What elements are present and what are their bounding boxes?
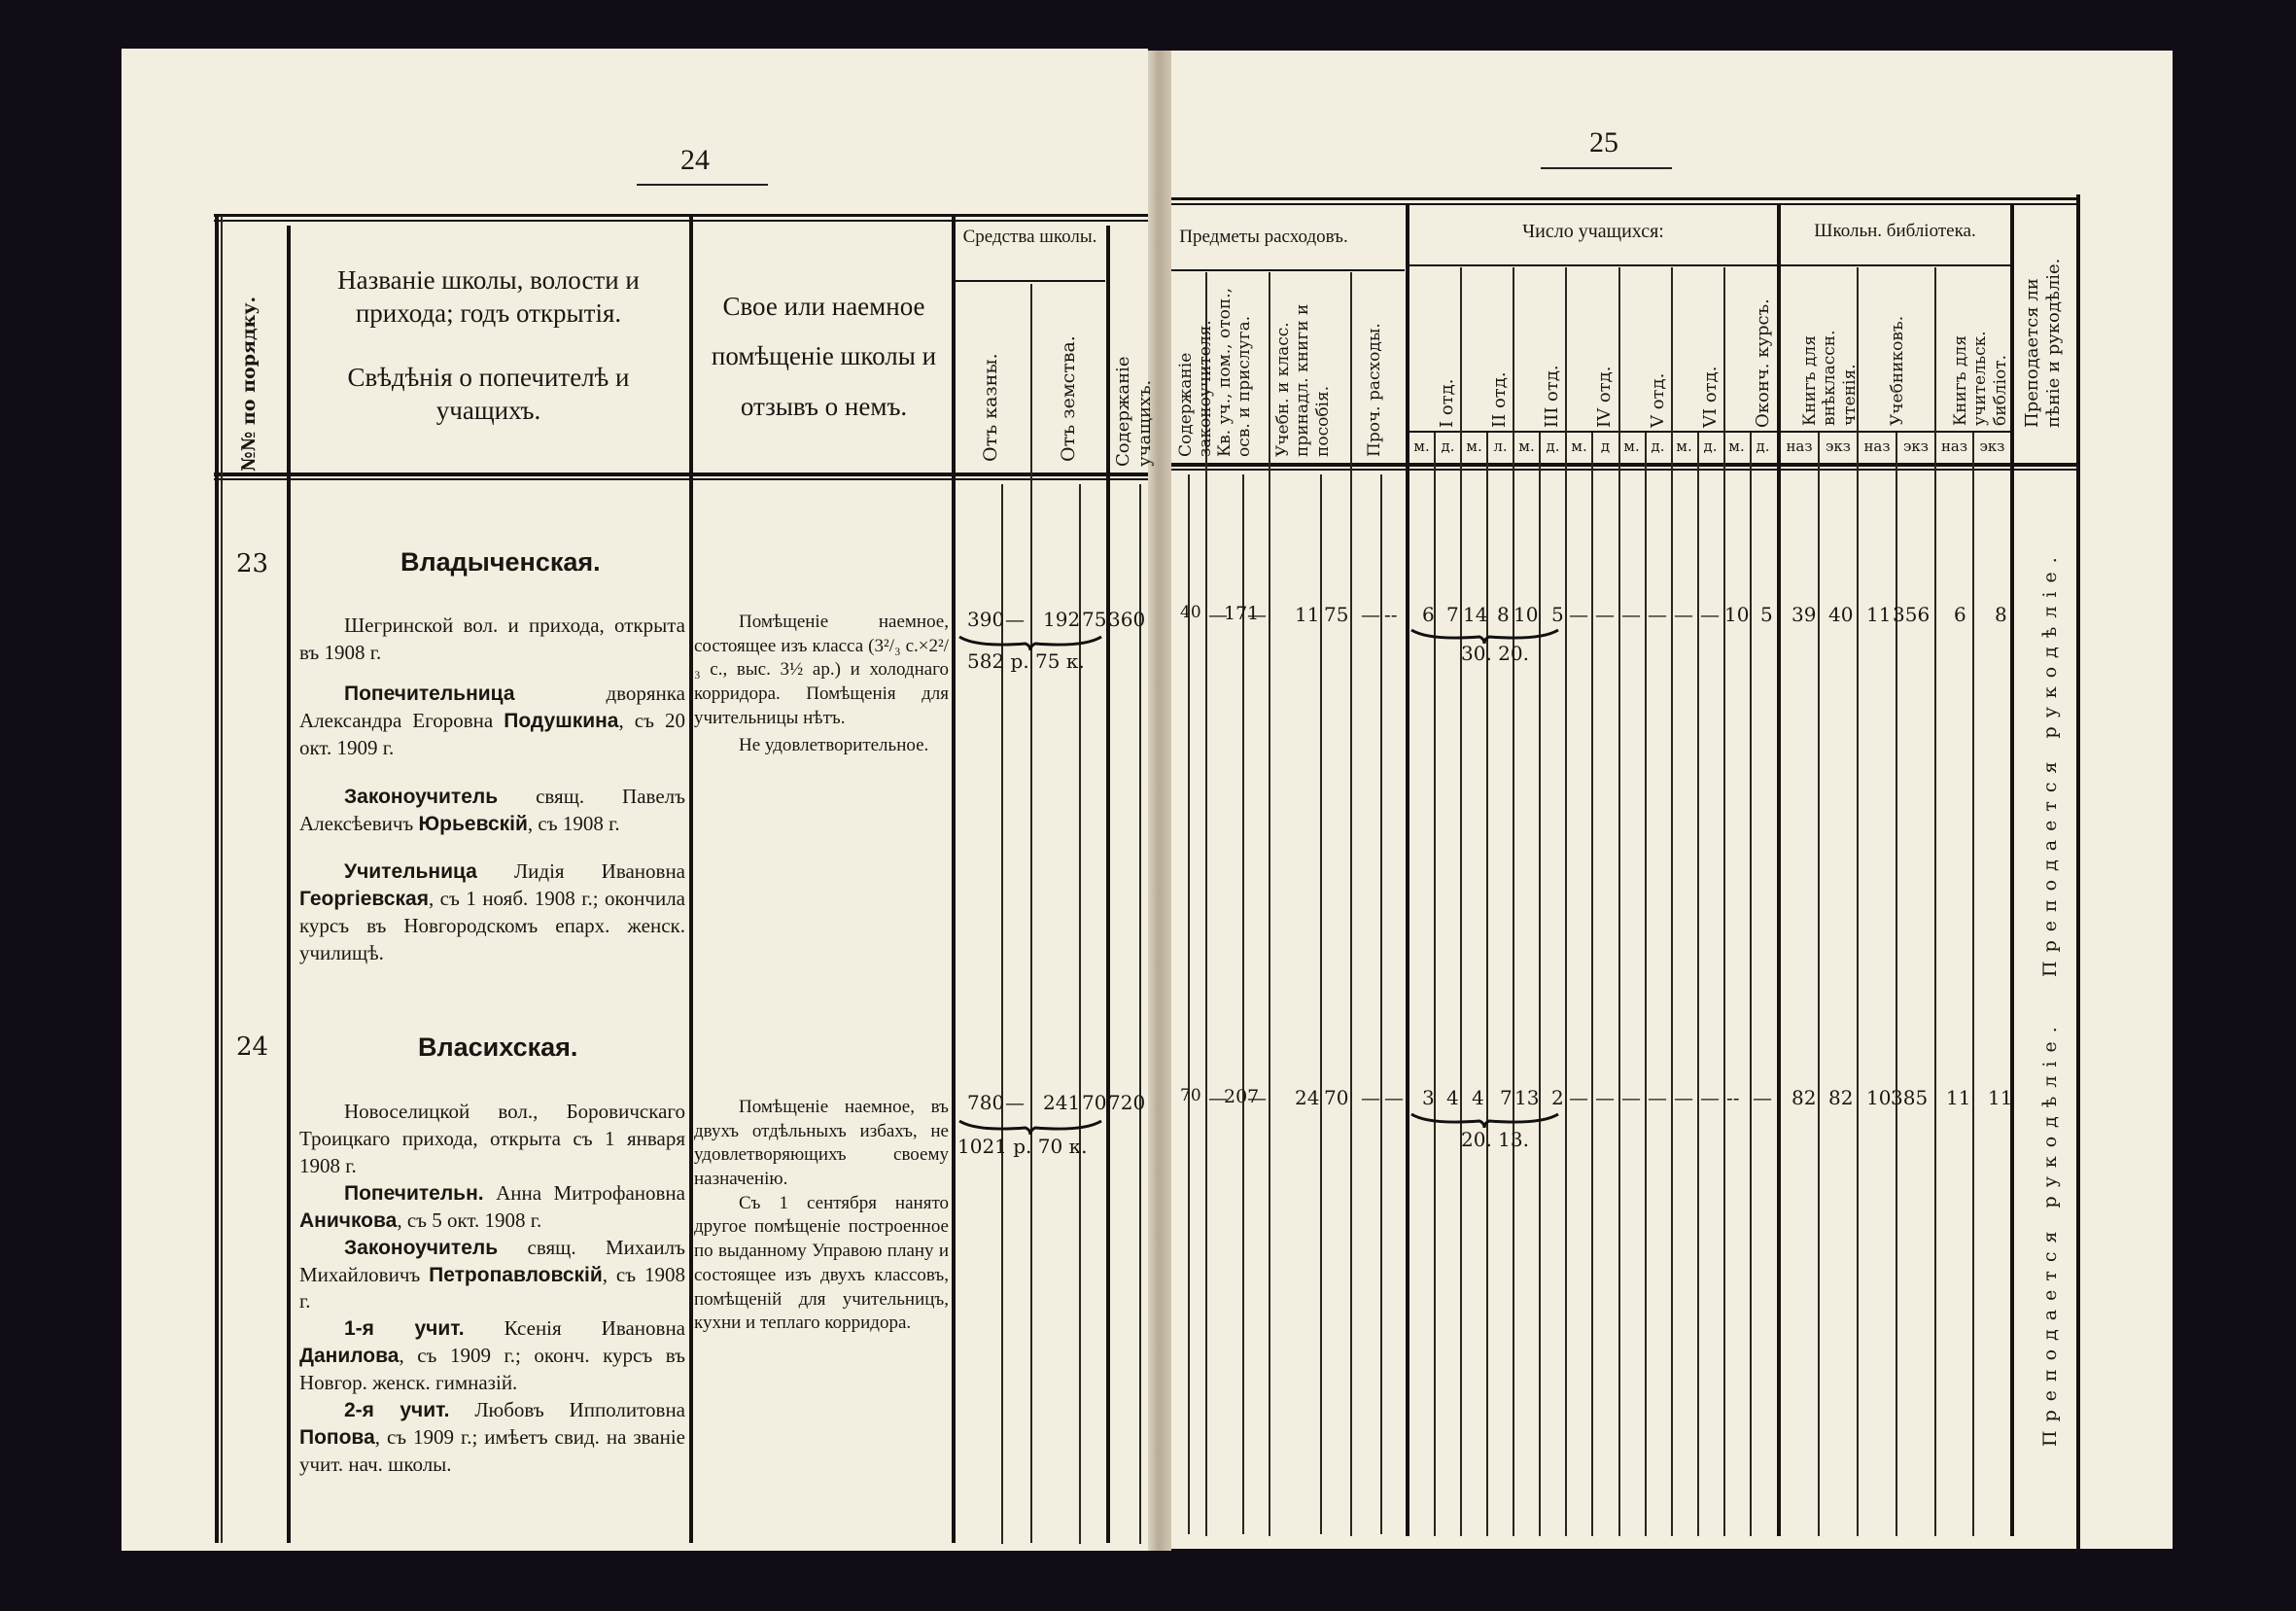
right-header-bottom-rule-2 <box>1171 469 2078 471</box>
student-col-divider <box>1750 433 1752 1536</box>
funds-treasury: 780 <box>967 1091 1004 1114</box>
gender-label: м. <box>1513 438 1540 455</box>
gender-label: м. <box>1671 438 1697 455</box>
student-col-divider <box>1618 267 1620 1536</box>
header-grade-1: I отд. <box>1437 379 1458 428</box>
header-funds-zemstvo: Отъ земства. <box>1058 335 1080 462</box>
col-divider-treasury <box>1030 284 1032 1543</box>
students-value: 10 <box>1513 603 1538 626</box>
students-value: — <box>1674 1086 1693 1109</box>
header-graduated: Оконч. курсъ. <box>1753 298 1774 428</box>
header-grade-5: V отд. <box>1648 373 1669 428</box>
gender-label: м. <box>1409 438 1435 455</box>
exp-apartments-kop: — <box>1247 603 1267 626</box>
student-col-divider <box>1671 267 1673 1536</box>
entry-number: 23 <box>236 549 268 578</box>
funds-total: 582 р. 75 к. <box>967 649 1085 673</box>
funds-sub-rule <box>955 280 1105 282</box>
lib-sub-label: экз <box>1896 438 1935 455</box>
lib-sub-label: экз <box>1819 438 1858 455</box>
gender-label: л. <box>1487 438 1513 455</box>
header-singing: Преподается ли пѣніе и рукодѣліе. <box>2022 233 2064 428</box>
header-lib-extra-reading: Книгъ для внѣклассн. чтенія. <box>1800 270 1860 426</box>
col-divider-expenses <box>1406 204 1409 1536</box>
library-value: 385 <box>1891 1086 1928 1109</box>
students-value: — <box>1753 1086 1772 1109</box>
header-exp-other: Проч. расходы. <box>1365 323 1384 457</box>
col-divider-apt <box>1269 272 1270 1536</box>
students-value: 7 <box>1500 1086 1513 1109</box>
gender-label: м. <box>1618 438 1645 455</box>
col-divider-books-kop <box>1320 474 1322 1534</box>
header-trustee-info: Свѣдѣнія о попечителѣ и учащихъ. <box>296 362 680 428</box>
premises-info: Помѣщеніе наемное, въ двухъ отдѣльныхъ и… <box>694 1096 949 1336</box>
trustee-info: Попечительн. Анна Митрофановна Аничкова,… <box>299 1180 685 1235</box>
library-value: 356 <box>1893 603 1930 626</box>
col-divider-apt-kop <box>1242 474 1244 1534</box>
header-lib-teacher: Книгъ для учительск. библіот. <box>1951 265 2010 426</box>
students-total: 20. 13. <box>1461 1128 1529 1151</box>
header-exp-books: Учебн. и класс. принадл. книги и пособія… <box>1273 287 1333 457</box>
lib-sub-label: наз <box>1780 438 1819 455</box>
students-total: 30. 20. <box>1461 642 1529 665</box>
students-value: — <box>1621 1086 1641 1109</box>
col-divider-law-kop <box>1188 474 1190 1534</box>
students-value: — <box>1648 603 1667 626</box>
library-value: 40 <box>1828 603 1853 626</box>
right-header-bottom-rule <box>1171 463 2078 467</box>
students-value: 5 <box>1551 603 1564 626</box>
gender-label: м. <box>1566 438 1592 455</box>
library-value: 11 <box>1988 1086 2012 1109</box>
exp-books: 24 <box>1295 1086 1319 1109</box>
header-grade-3: III отд. <box>1542 365 1563 428</box>
student-col-divider <box>1434 433 1436 1536</box>
col-divider-library <box>2010 204 2014 1536</box>
trustee-info: Попечительница дворянка Александра Егоро… <box>299 681 685 762</box>
right-table-outer-border <box>2076 194 2080 1551</box>
exp-apartments-kop: — <box>1247 1086 1267 1109</box>
students-value: — <box>1595 603 1615 626</box>
exp-other: — <box>1361 1086 1380 1109</box>
students-value: — <box>1621 603 1641 626</box>
school-name: Владыченская. <box>400 547 601 578</box>
students-value: — <box>1569 1086 1588 1109</box>
students-value: — <box>1674 603 1693 626</box>
student-col-divider <box>1697 433 1699 1536</box>
library-col-divider <box>1857 267 1859 1536</box>
funds-total: 1021 р. 70 к. <box>957 1135 1087 1158</box>
lib-sub-label: наз <box>1935 438 1973 455</box>
exp-books: 11 <box>1295 603 1319 626</box>
library-value: 39 <box>1792 603 1816 626</box>
header-funds: Средства школы. <box>955 226 1105 250</box>
left-table-outer-border <box>215 216 219 1543</box>
law-teacher-info: Законоучитель свящ. Павелъ Алексѣевичъ Ю… <box>299 784 685 838</box>
right-table-top-rule <box>1171 197 2078 200</box>
header-exp-apartments: Кв. уч., пом., отоп., осв. и прислуга. <box>1215 272 1255 457</box>
teacher-info: Учительница Лидія Ивановна Георгіевская,… <box>299 858 685 967</box>
students-value: 5 <box>1760 603 1773 626</box>
left-table-outer-border-2 <box>221 216 223 1543</box>
entry-details: Новоселицкой вол., Боровичскаго Троицкаг… <box>299 1099 685 1479</box>
law-teacher-info: Законоучитель свящ. Михаилъ Михайловичъ … <box>299 1235 685 1316</box>
students-value: -- <box>1726 1086 1740 1109</box>
col-divider-other-kop <box>1380 474 1382 1534</box>
header-grade-6: VI отд. <box>1700 367 1722 428</box>
header-students: Число учащихся: <box>1409 220 1778 244</box>
parish-info: Шегринской вол. и прихода, открыта въ 19… <box>299 613 685 667</box>
singing-note: Преподается рукодѣліе. <box>2039 548 2062 977</box>
header-lib-textbooks: Учебниковъ. <box>1888 316 1907 426</box>
students-value: 6 <box>1422 603 1435 626</box>
right-page-number-rule <box>1541 167 1672 169</box>
students-value: 3 <box>1422 1086 1435 1109</box>
students-value: 4 <box>1446 1086 1459 1109</box>
student-col-divider <box>1723 267 1725 1536</box>
students-gender-rule <box>1409 431 1778 433</box>
student-col-divider <box>1460 267 1462 1536</box>
left-page-number: 24 <box>661 144 729 177</box>
funds-zemstvo-kop: 70 <box>1082 1091 1106 1114</box>
student-col-divider <box>1591 433 1593 1536</box>
header-grade-4: IV отд. <box>1594 367 1616 428</box>
students-sub-rule <box>1409 264 1778 266</box>
gender-label: д. <box>1435 438 1461 455</box>
gender-label: м. <box>1723 438 1750 455</box>
col-divider-teachers-kop <box>1139 484 1141 1544</box>
header-funds-treasury: Отъ казны. <box>980 353 1002 462</box>
exp-books-kop: 70 <box>1324 1086 1348 1109</box>
expenses-sub-rule <box>1171 269 1405 271</box>
students-value: — <box>1700 1086 1720 1109</box>
library-value: 82 <box>1792 1086 1816 1109</box>
book-spine <box>1148 51 1171 1551</box>
lib-sub-label: экз <box>1973 438 2011 455</box>
col-divider-law <box>1205 272 1207 1536</box>
students-value: 10 <box>1724 603 1749 626</box>
funds-treasury: 390 <box>967 608 1004 631</box>
gender-label: д. <box>1697 438 1723 455</box>
left-table-top-rule <box>214 214 1148 217</box>
exp-teachers: 360 <box>1108 608 1145 631</box>
left-header-bottom-rule <box>214 473 1148 476</box>
students-brace <box>1409 1111 1560 1129</box>
header-exp-teachers: Содержаніе учащихъ. <box>1113 301 1155 467</box>
header-school-name: Названіе школы, волости и прихода; годъ … <box>296 264 680 331</box>
student-col-divider <box>1486 433 1488 1536</box>
students-value: 14 <box>1463 603 1487 626</box>
entry-number: 24 <box>236 1033 268 1062</box>
funds-zemstvo-kop: 75 <box>1082 608 1106 631</box>
left-page-number-rule <box>637 184 768 186</box>
left-table-top-rule-2 <box>214 220 1148 222</box>
student-col-divider <box>1513 267 1514 1536</box>
students-value: 4 <box>1472 1086 1484 1109</box>
entry-details: Шегринской вол. и прихода, открыта въ 19… <box>299 613 685 981</box>
funds-brace <box>957 1118 1103 1136</box>
col-divider-books <box>1350 272 1352 1536</box>
student-col-divider <box>1565 267 1567 1536</box>
teacher1-info: 1-я учит. Ксенія Ивановна Данилова, съ 1… <box>299 1315 685 1397</box>
library-value: 11 <box>1946 1086 1970 1109</box>
school-name: Власихская. <box>418 1033 577 1063</box>
students-value: 2 <box>1551 1086 1564 1109</box>
col-divider-students <box>1777 204 1781 1536</box>
exp-other: — <box>1361 603 1380 626</box>
teacher2-info: 2-я учит. Любовъ Ипполитовна Попова, съ … <box>299 1397 685 1479</box>
students-value: — <box>1648 1086 1667 1109</box>
students-value: 8 <box>1497 603 1510 626</box>
funds-zemstvo: 192 <box>1043 608 1080 631</box>
exp-books-kop: 75 <box>1324 603 1348 626</box>
col-divider-name <box>689 216 693 1543</box>
gender-label: д. <box>1645 438 1671 455</box>
right-page-number: 25 <box>1570 126 1638 159</box>
header-premises: Свое или наемное помѣщеніе школы и отзыв… <box>705 282 943 432</box>
funds-treasury-kop: — <box>1005 608 1025 631</box>
lib-sub-label: наз <box>1858 438 1896 455</box>
gender-label: д <box>1592 438 1618 455</box>
student-col-divider <box>1645 433 1647 1536</box>
col-divider-premises <box>952 216 956 1543</box>
col-divider-funds <box>1106 226 1110 1543</box>
funds-treasury-kop: — <box>1005 1091 1025 1114</box>
singing-note: Преподается рукодѣліе. <box>2039 1018 2062 1447</box>
exp-law: 40 <box>1180 603 1201 622</box>
library-col-divider <box>1818 433 1820 1536</box>
library-col-divider <box>1896 433 1897 1536</box>
student-col-divider <box>1539 433 1541 1536</box>
library-value: 11 <box>1866 603 1891 626</box>
header-library: Школьн. библіотека. <box>1780 220 2010 243</box>
header-grade-2: II отд. <box>1489 371 1511 428</box>
premises-info: Помѣщеніе наемное, состоящее изъ класса … <box>694 611 949 772</box>
library-value: 8 <box>1995 603 2007 626</box>
library-col-divider <box>1934 267 1936 1536</box>
exp-law: 70 <box>1180 1086 1201 1105</box>
library-value: 6 <box>1954 603 1966 626</box>
gender-label: д. <box>1750 438 1776 455</box>
exp-other-kop: -- <box>1384 603 1398 626</box>
library-value: 82 <box>1828 1086 1853 1109</box>
parish-info: Новоселицкой вол., Боровичскаго Троицкаг… <box>299 1099 685 1180</box>
exp-teachers: 720 <box>1108 1091 1145 1114</box>
students-value: 13 <box>1514 1086 1539 1109</box>
col-divider-no <box>287 226 291 1543</box>
header-expenses: Предметы расходовъ. <box>1157 226 1371 249</box>
students-value: — <box>1569 603 1588 626</box>
header-row-number: №№ по порядку. <box>238 297 261 472</box>
right-table-top-rule-2 <box>1171 203 2078 205</box>
students-value: — <box>1700 603 1720 626</box>
exp-other-kop: — <box>1384 1086 1404 1109</box>
gender-label: м. <box>1461 438 1487 455</box>
library-col-divider <box>1972 433 1974 1536</box>
funds-zemstvo: 241 <box>1043 1091 1080 1114</box>
students-value: 7 <box>1446 603 1459 626</box>
students-value: — <box>1595 1086 1615 1109</box>
library-value: 10 <box>1866 1086 1891 1109</box>
header-exp-law: Содержаніе законоучителя. <box>1176 277 1216 457</box>
gender-label: д. <box>1540 438 1566 455</box>
left-header-bottom-rule-2 <box>214 478 1148 480</box>
